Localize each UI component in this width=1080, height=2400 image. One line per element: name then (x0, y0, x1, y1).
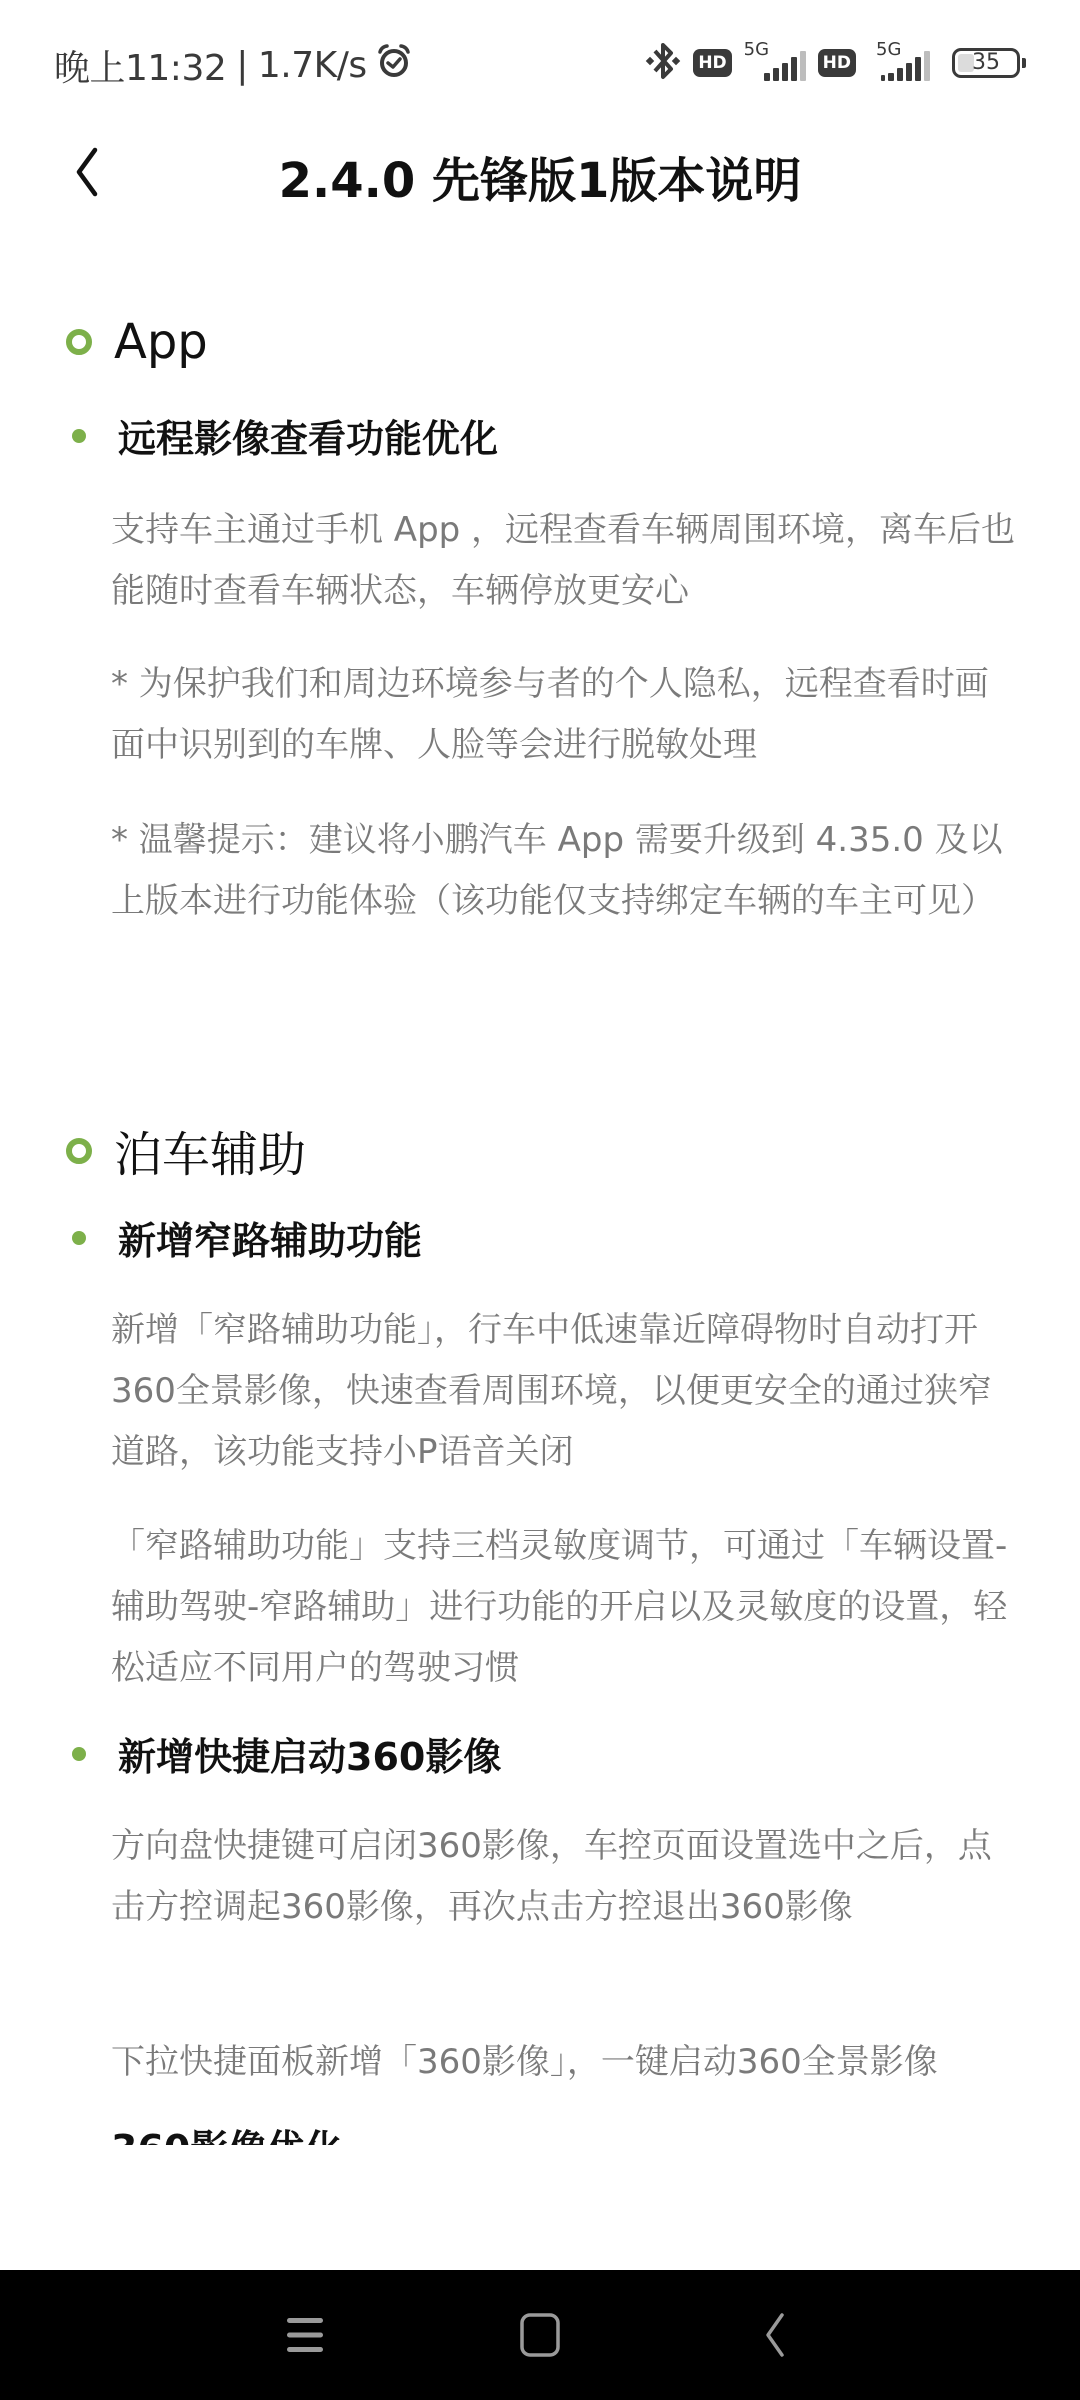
item-title: 新增快捷启动360影像 (118, 1726, 501, 1781)
system-nav-bar (0, 2270, 1080, 2400)
paragraph: 下拉快捷面板新增「360影像」，一键启动360全景影像 (111, 2032, 1021, 2093)
hd-badge-1: HD (693, 49, 731, 77)
status-bar: 晚上11:32 | 1.7K/s HD 5G HD 5G 35 (0, 0, 1080, 120)
section-heading-parking: 泊车辅助 (66, 1116, 306, 1185)
dot-bullet-icon (72, 1231, 86, 1245)
paragraph: 新增「窄路辅助功能」，行车中低速靠近障碍物时自动打开360全景影像，快速查看周围… (111, 1300, 1021, 1483)
title-bar: 2.4.0 先锋版1版本说明 (0, 120, 1080, 230)
item-heading: 新增快捷启动360影像 (72, 1726, 501, 1781)
battery-icon: 35 (952, 48, 1020, 78)
item-heading: 远程影像查看功能优化 (72, 408, 498, 463)
back-nav-button[interactable] (744, 2305, 804, 2365)
status-separator: | (236, 45, 248, 86)
alarm-clock-icon (375, 42, 413, 89)
section-heading-app: App (66, 314, 208, 370)
dot-bullet-icon (72, 1747, 86, 1761)
paragraph: 方向盘快捷键可启闭360影像，车控页面设置选中之后，点击方控调起360影像，再次… (111, 1816, 1021, 1938)
back-triangle-icon (754, 2311, 794, 2359)
item-heading-clipped: 360影像优化 (111, 2118, 342, 2145)
home-button[interactable] (510, 2305, 570, 2365)
paragraph: 支持车主通过手机 App ，远程查看车辆周围环境，离车后也能随时查看车辆状态，车… (111, 500, 1021, 622)
status-right: HD 5G HD 5G 35 (645, 40, 1020, 86)
ring-bullet-icon (66, 1138, 92, 1164)
item-title: 新增窄路辅助功能 (118, 1210, 422, 1265)
signal-icon-2: 5G (868, 45, 930, 81)
section-title: 泊车辅助 (114, 1116, 306, 1185)
recents-button[interactable] (275, 2305, 335, 2365)
paragraph: 「窄路辅助功能」支持三档灵敏度调节，可通过「车辆设置-辅助驾驶-窄路辅助」进行功… (111, 1516, 1021, 1699)
battery-level: 35 (972, 50, 1000, 75)
paragraph: * 为保护我们和周边环境参与者的个人隐私，远程查看时画面中识别到的车牌、人脸等会… (111, 654, 1021, 776)
net-speed: 1.7K/s (258, 45, 367, 86)
hd-badge-2: HD (818, 49, 856, 77)
home-square-icon (518, 2313, 562, 2357)
section-title: App (114, 314, 208, 370)
signal-icon-1: 5G (744, 45, 806, 81)
item-title: 360影像优化 (111, 2118, 342, 2145)
item-heading: 新增窄路辅助功能 (72, 1210, 422, 1265)
status-left: 晚上11:32 | 1.7K/s (54, 40, 413, 91)
release-notes-content[interactable]: App 远程影像查看功能优化 支持车主通过手机 App ，远程查看车辆周围环境，… (0, 230, 1080, 2145)
paragraph: * 温馨提示：建议将小鹏汽车 App 需要升级到 4.35.0 及以上版本进行功… (111, 810, 1021, 932)
bluetooth-icon (645, 40, 681, 86)
dot-bullet-icon (72, 429, 86, 443)
status-time: 晚上11:32 (54, 40, 226, 91)
page-title: 2.4.0 先锋版1版本说明 (0, 142, 1080, 211)
menu-icon (285, 2315, 325, 2355)
item-title: 远程影像查看功能优化 (118, 408, 498, 463)
ring-bullet-icon (66, 329, 92, 355)
